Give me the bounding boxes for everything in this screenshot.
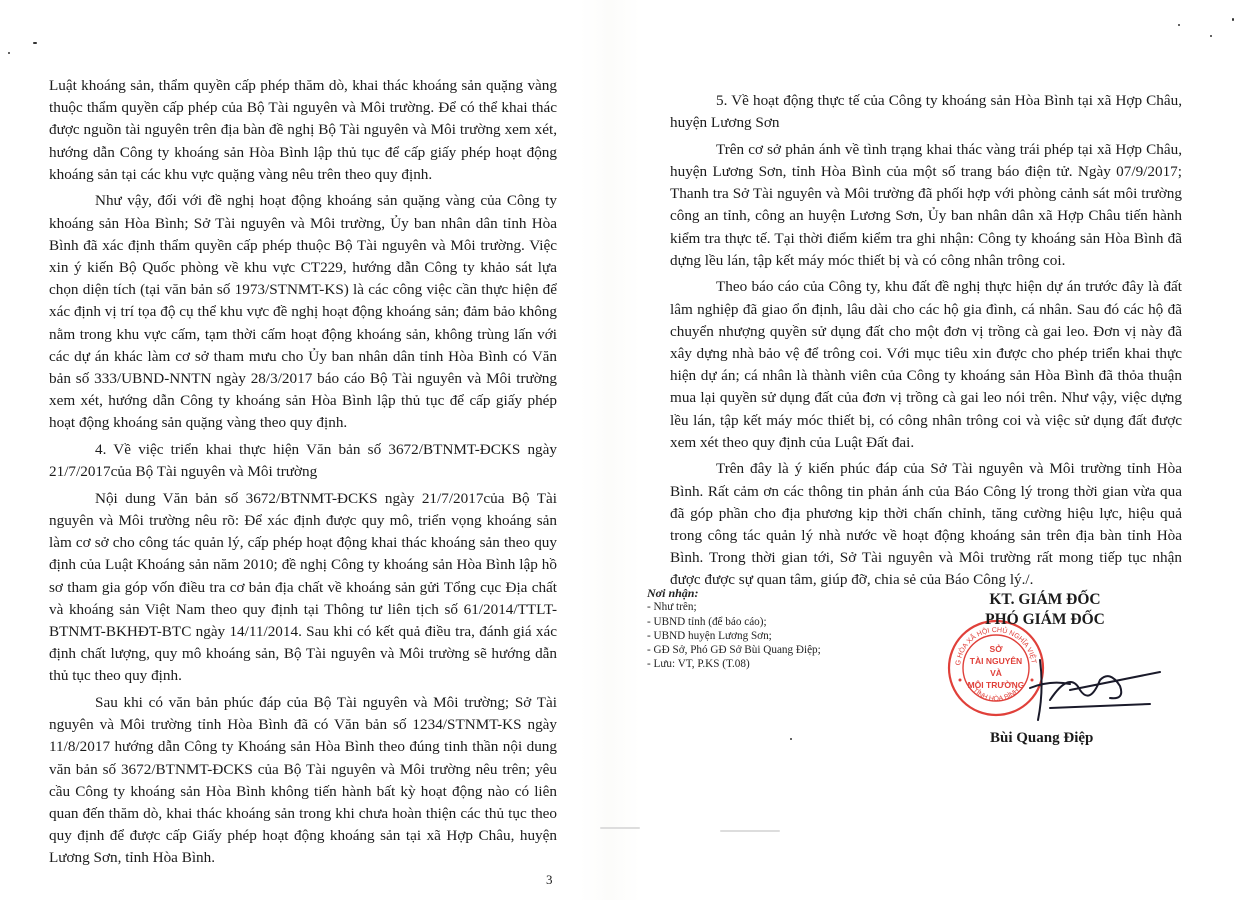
svg-text:VÀ: VÀ (990, 668, 1002, 678)
scan-speck (1210, 35, 1212, 37)
paragraph: Trên cơ sở phản ánh về tình trạng khai t… (670, 139, 1182, 272)
scan-speck (8, 52, 10, 54)
paragraph: Luật khoáng sản, thẩm quyền cấp phép thă… (49, 75, 557, 186)
left-column: Luật khoáng sản, thẩm quyền cấp phép thă… (49, 75, 557, 874)
paragraph: Sau khi có văn bản phúc đáp của Bộ Tài n… (49, 692, 557, 870)
recipients-title: Nơi nhận: (647, 586, 821, 600)
paragraph: Trên đây là ý kiến phúc đáp của Sở Tài n… (670, 458, 1182, 591)
scan-speck (33, 42, 37, 44)
recipient-item: - UBND tỉnh (để báo cáo); (647, 615, 821, 629)
signature-title-line1: KT. GIÁM ĐỐC (960, 590, 1130, 610)
recipients-list: Nơi nhận: - Như trên; - UBND tỉnh (để bá… (647, 586, 821, 672)
recipient-item: - Như trên; (647, 600, 821, 614)
signature-block: KT. GIÁM ĐỐC PHÓ GIÁM ĐỐC (960, 590, 1130, 630)
recipient-item: - Lưu: VT, P.KS (T.08) (647, 657, 821, 671)
signature-title-line2: PHÓ GIÁM ĐỐC (960, 610, 1130, 630)
recipient-item: - UBND huyện Lương Sơn; (647, 629, 821, 643)
page-gutter (580, 0, 640, 900)
page-number: 3 (546, 872, 553, 888)
scan-speck (790, 738, 792, 740)
right-column: 5. Về hoạt động thực tế của Công ty khoá… (670, 90, 1182, 596)
section-heading-4: 4. Về việc triển khai thực hiện Văn bản … (49, 439, 557, 483)
handwritten-signature-icon (1010, 650, 1170, 730)
scan-line (600, 827, 640, 829)
section-heading-5: 5. Về hoạt động thực tế của Công ty khoá… (670, 90, 1182, 134)
scan-line (720, 830, 780, 832)
paragraph: Nội dung Văn bản số 3672/BTNMT-ĐCKS ngày… (49, 488, 557, 688)
signer-name: Bùi Quang Điệp (990, 730, 1093, 747)
svg-text:SỞ: SỞ (990, 643, 1004, 654)
scan-speck (1232, 18, 1234, 21)
paragraph: Như vậy, đối với đề nghị hoạt động khoán… (49, 190, 557, 434)
paragraph: Theo báo cáo của Công ty, khu đất đề ngh… (670, 276, 1182, 454)
recipient-item: - GĐ Sở, Phó GĐ Sở Bùi Quang Điệp; (647, 643, 821, 657)
scan-speck (1178, 24, 1180, 26)
